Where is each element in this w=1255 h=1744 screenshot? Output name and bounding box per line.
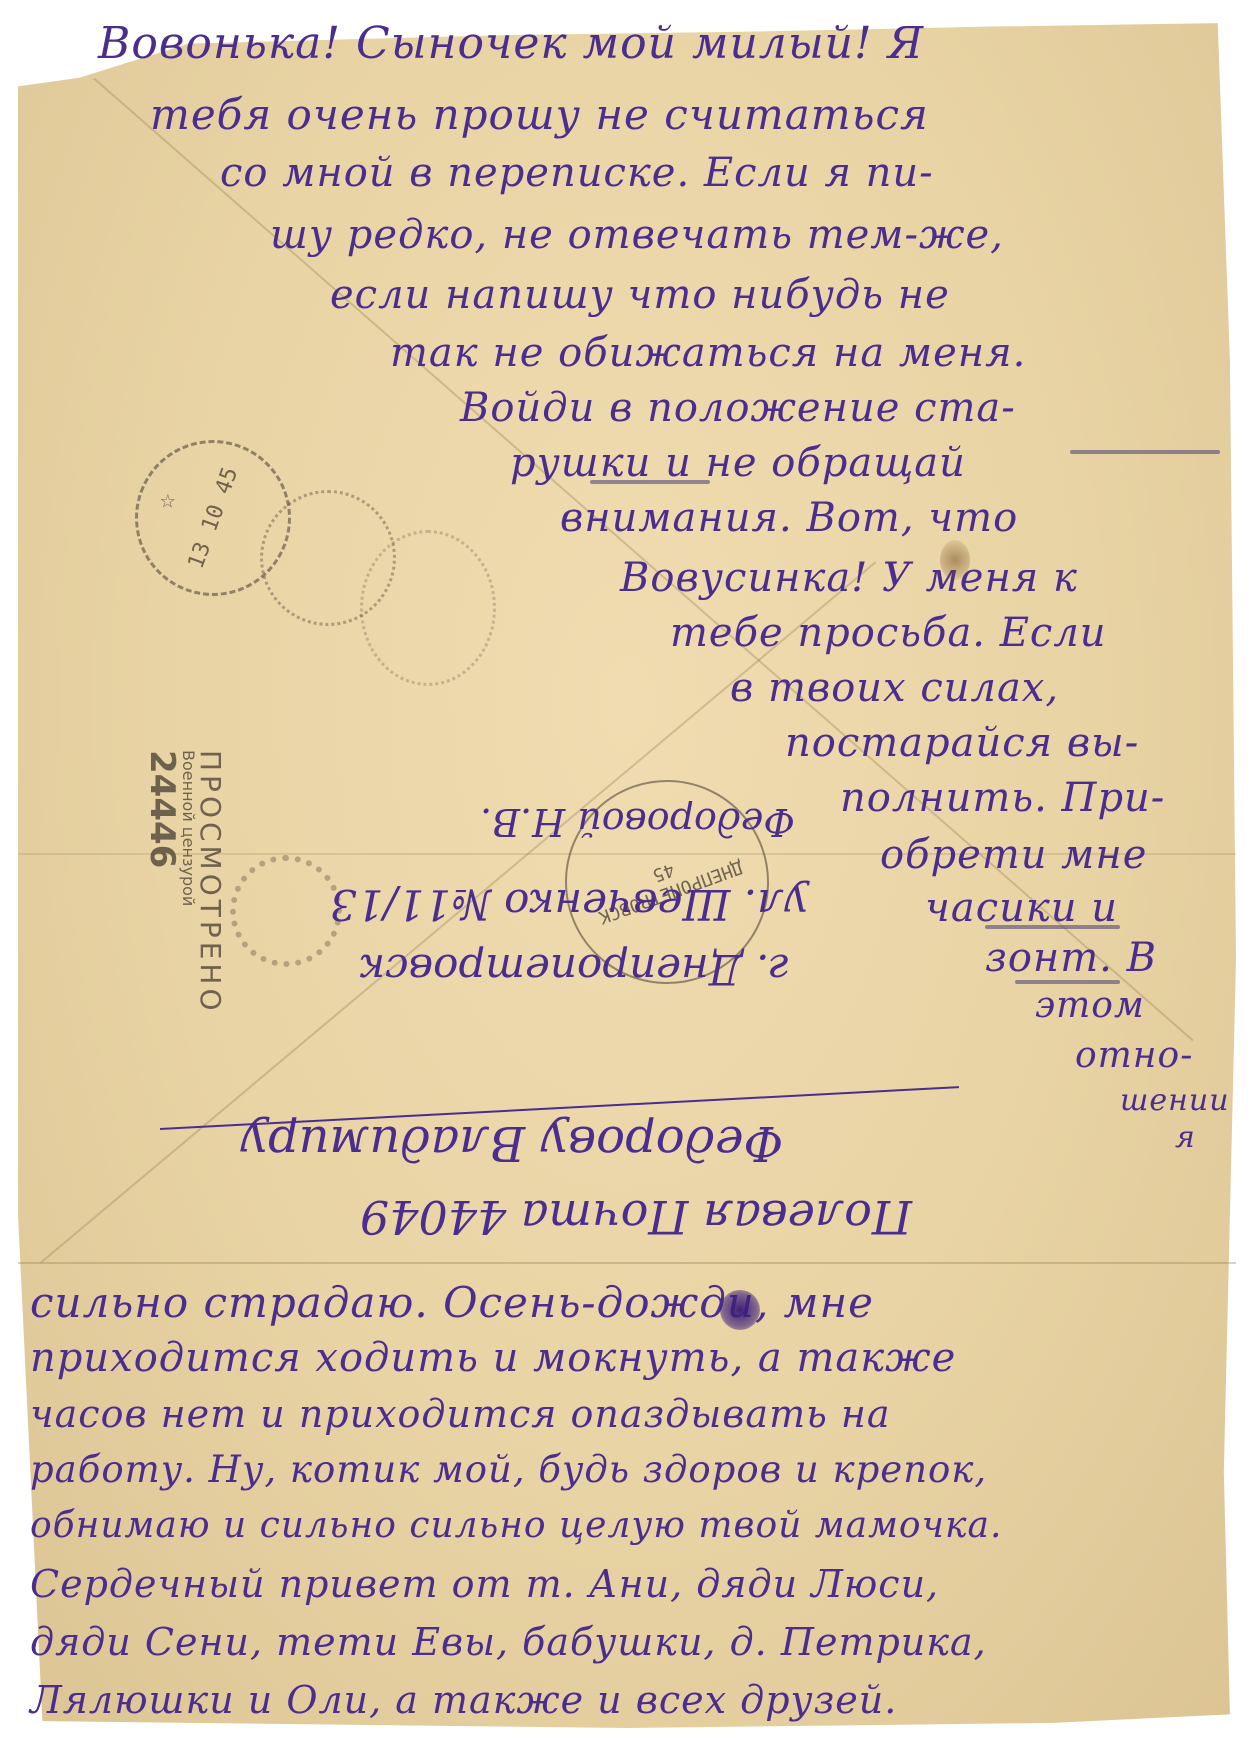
- letter-bottom-line-6: Сердечный привет от т. Ани, дяди Люси,: [30, 1562, 939, 1606]
- sender-name: Федоровой Н.В.: [480, 800, 795, 844]
- letter-line-13: постарайся вы-: [785, 720, 1139, 766]
- censor-stamp: ПРОСМОТРЕНО Военной цензурой 24446: [143, 750, 225, 1015]
- letter-line-5: если напишу что нибудь не: [330, 272, 950, 318]
- letter-line-10: Вовусинка! У меня к: [620, 555, 1078, 601]
- letter-bottom-line-5: обнимаю и сильно сильно целую твой мамоч…: [30, 1505, 1002, 1546]
- underline-starushki-b: [590, 480, 710, 484]
- letter-bottom-line-4: работу. Ну, котик мой, будь здоров и кре…: [30, 1448, 987, 1491]
- letter-line-3: со мной в переписке. Если я пи-: [220, 150, 934, 196]
- letter-line-8: рушки и не обращай: [510, 440, 966, 486]
- sender-street: ул. Шевченко №11/13: [330, 880, 808, 929]
- sender-city: г. Днепропетровск: [360, 945, 791, 994]
- letter-line-12: в твоих силах,: [730, 665, 1059, 711]
- underline-starushki-a: [1070, 450, 1220, 454]
- letter-line-14: полнить. При-: [840, 775, 1165, 821]
- censor-stamp-number: 24446: [143, 750, 179, 1015]
- letter-line-4: шу редко, не отвечать тем-же,: [270, 212, 1004, 258]
- star-icon: ☆: [149, 488, 183, 513]
- letter-line-17: зонт. В: [985, 935, 1157, 981]
- postmark-left-date: 13 10 45: [183, 464, 243, 572]
- letter-bottom-line-8: Лялюшки и Оли, а также и всех друзей.: [30, 1678, 897, 1722]
- letter-line-6: так не обижаться на меня.: [390, 330, 1026, 376]
- underline-chasiki: [985, 925, 1120, 929]
- letter-bottom-line-2: приходится ходить и мокнуть, а также: [30, 1335, 956, 1381]
- letter-line-15: обрети мне: [880, 832, 1147, 878]
- letter-line-19: отно-: [1075, 1035, 1193, 1076]
- letter-line-1: Вовонька! Сыночек мой милый! Я: [98, 18, 924, 69]
- letter-line-21: я: [1175, 1120, 1196, 1155]
- letter-bottom-line-7: дяди Сени, тети Евы, бабушки, д. Петрика…: [30, 1620, 987, 1664]
- letter-line-7: Войди в положение ста-: [460, 385, 1016, 431]
- letter-line-11: тебе просьба. Если: [670, 610, 1107, 656]
- letter-line-9: внимания. Вот, что: [560, 495, 1018, 541]
- censor-stamp-title: ПРОСМОТРЕНО: [196, 750, 225, 1015]
- letter-line-18: этом: [1035, 985, 1145, 1026]
- fold-line-horizontal: [18, 1262, 1236, 1264]
- postmark-small: [230, 855, 342, 967]
- underline-zont: [1015, 980, 1120, 984]
- letter-line-20: шении: [1120, 1083, 1230, 1118]
- letter-bottom-line-3: часов нет и приходится опаздывать на: [30, 1392, 891, 1436]
- recipient-name: Федорову Владимиру: [240, 1115, 783, 1171]
- ink-blot: [720, 1290, 760, 1330]
- stain: [940, 540, 970, 580]
- recipient-fieldpost: Полевая Почта 44049: [360, 1190, 912, 1244]
- postmark-faint: [360, 530, 496, 686]
- letter-line-2: тебя очень прошу не считаться: [150, 90, 929, 139]
